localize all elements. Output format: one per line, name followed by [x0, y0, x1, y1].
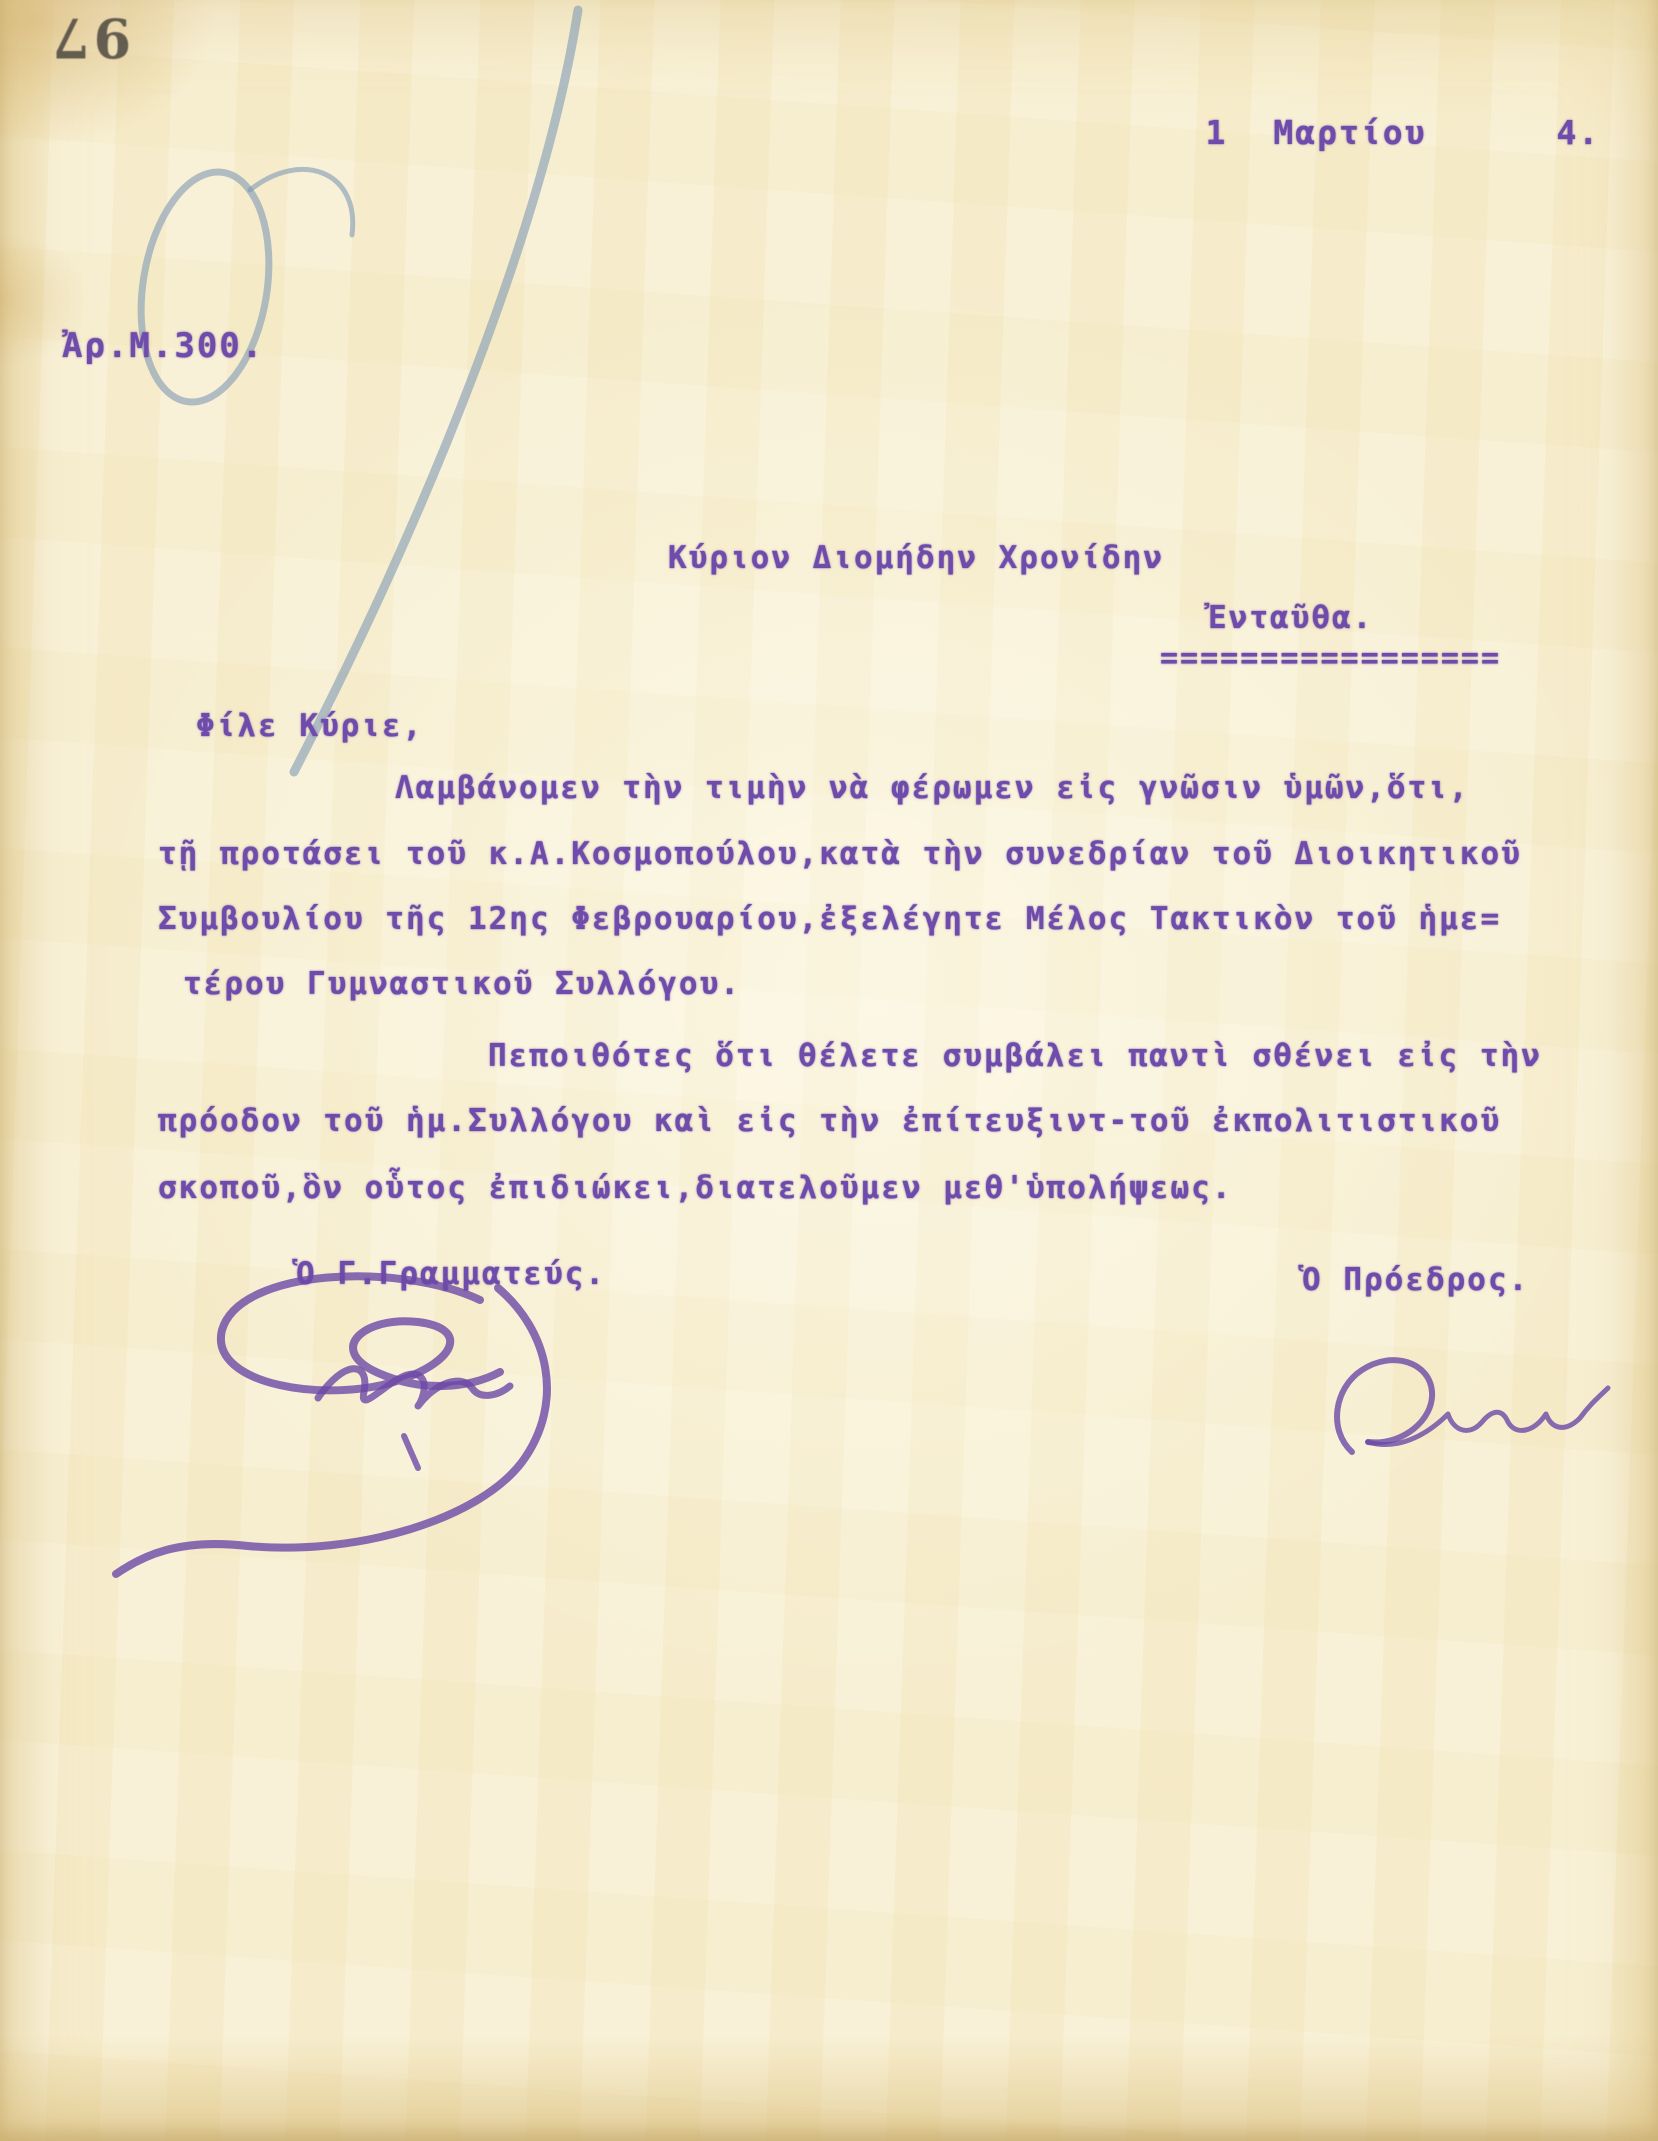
body-line: τέρου Γυμναστικοῦ Συλλόγου.: [183, 966, 741, 1002]
date-line: 1Μαρτίου4.: [1118, 74, 1600, 191]
archive-number: 97: [48, 6, 131, 70]
date-month: Μαρτίου: [1273, 113, 1426, 152]
blue-pencil-oval: [126, 163, 285, 412]
date-year: 4.: [1556, 113, 1600, 152]
body-line: πρόοδον τοῦ ἡμ.Συλλόγου καὶ εἰς τὴν ἐπίτ…: [158, 1103, 1501, 1139]
body-line: τῇ προτάσει τοῦ κ.Α.Κοσμοπούλου,κατὰ τὴν…: [158, 836, 1522, 872]
body-line: Λαμβάνομεν τὴν τιμὴν νὰ φέρωμεν εἰς γνῶσ…: [395, 770, 1470, 806]
blue-pencil-diagonal: [294, 10, 578, 772]
secretary-title: Ὁ Γ.Γραμματεύς.: [296, 1256, 606, 1292]
secretary-signature: [116, 1276, 547, 1574]
blue-pencil-flick: [250, 169, 353, 235]
body-line: Πεποιθότες ὅτι θέλετε συμβάλει παντὶ σθέ…: [488, 1038, 1542, 1074]
date-day: 1: [1205, 113, 1227, 152]
recipient-name: Κύριον Διομήδην Χρονίδην: [668, 540, 1164, 576]
letter-page: 97 1Μαρτίου4. Ἀρ.Μ.300. Κύριον Διομήδην …: [0, 0, 1658, 2141]
president-signature: [1337, 1360, 1608, 1452]
body-line: Συμβουλίου τῆς 12ης Φεβρουαρίου,ἐξελέγητ…: [158, 901, 1501, 937]
salutation: Φίλε Κύριε,: [196, 708, 423, 744]
president-title: Ὁ Πρόεδρος.: [1302, 1262, 1529, 1298]
reference-number: Ἀρ.Μ.300.: [62, 326, 264, 366]
recipient-underline: =================: [1160, 641, 1501, 676]
recipient-location: Ἐνταῦθα.: [1208, 600, 1373, 636]
body-line: σκοποῦ,ὃν οὗτος ἐπιδιώκει,διατελοῦμεν με…: [158, 1170, 1233, 1206]
